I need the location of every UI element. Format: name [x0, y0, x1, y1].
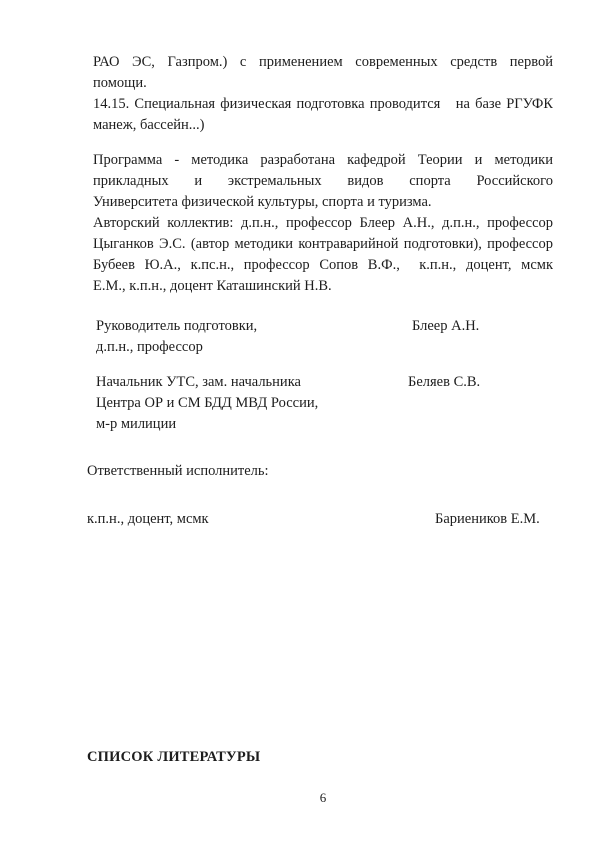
document-page: РАО ЭС, Газпром.) с применением современ…: [0, 0, 595, 842]
text-line: помощи.: [93, 73, 553, 94]
signature-name: Беляев С.В.: [408, 372, 480, 393]
responsible-name: Бариеников Е.М.: [435, 509, 540, 530]
signature-role-line: Руководитель подготовки,: [96, 316, 553, 337]
responsible-executor-label: Ответственный исполнитель:: [87, 461, 269, 482]
text-line: Е.М., к.п.н., доцент Каташинский Н.В.: [93, 276, 553, 297]
signature-role-line: д.п.н., профессор: [96, 337, 553, 358]
signature-role-line: Центра ОР и СМ БДД МВД России,: [96, 393, 553, 414]
signature-role-line: Начальник УТС, зам. начальника: [96, 372, 553, 393]
responsible-role: к.п.н., доцент, мсмк: [87, 511, 209, 527]
text-line: РАО ЭС, Газпром.) с применением современ…: [93, 52, 553, 73]
signature-block-training-director: Руководитель подготовки, д.п.н., професс…: [96, 316, 553, 358]
text-line: манеж, бассейн...): [93, 115, 553, 136]
paragraph-medical-aid: РАО ЭС, Газпром.) с применением современ…: [93, 52, 553, 136]
responsible-executor-row: к.п.н., доцент, мсмк Бариеников Е.М.: [87, 509, 553, 530]
signature-name: Блеер А.Н.: [412, 316, 479, 337]
signature-role-line: м-р милиции: [96, 414, 553, 435]
signature-block-uts-chief: Начальник УТС, зам. начальника Центра ОР…: [96, 372, 553, 435]
text-line: 14.15. Специальная физическая подготовка…: [93, 94, 553, 115]
text-line: Программа - методика разработана кафедро…: [93, 150, 553, 171]
text-line: Бубеев Ю.А., к.пс.н., профессор Сопов В.…: [93, 255, 553, 276]
text-line: Авторский коллектив: д.п.н., профессор Б…: [93, 213, 553, 234]
page-number: 6: [93, 787, 553, 808]
text-line: Цыганков Э.С. (автор методики контравари…: [93, 234, 553, 255]
section-heading: СПИСОК ЛИТЕРАТУРЫ: [87, 747, 260, 768]
paragraph-program-authors: Программа - методика разработана кафедро…: [93, 150, 553, 297]
text-line: Университета физической культуры, спорта…: [93, 192, 553, 213]
text-line: прикладных и экстремальных видов спорта …: [93, 171, 553, 192]
